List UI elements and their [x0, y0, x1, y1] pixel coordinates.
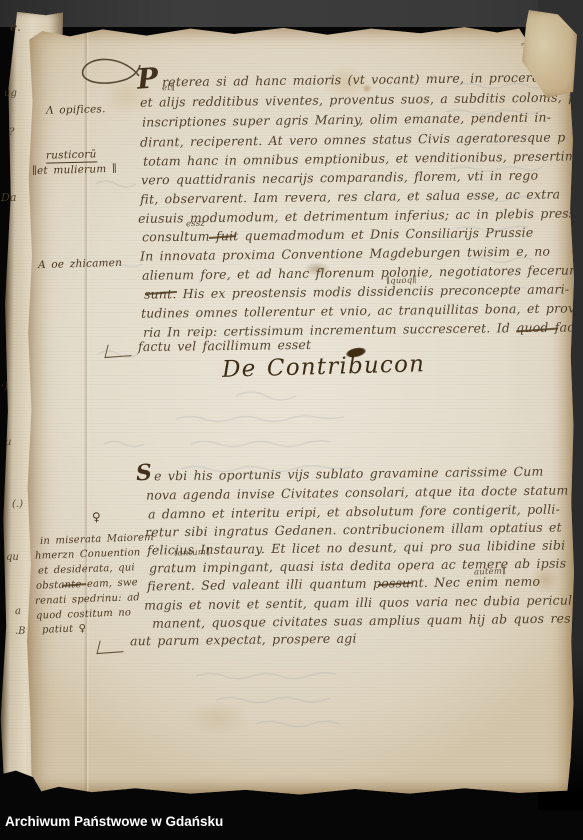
manuscript-line: tudines omnes tollerentur et vnio, ac tr…	[141, 300, 583, 320]
margin-note-ad-examen: A oe zhicamen	[38, 257, 122, 271]
insertion-bracket	[104, 343, 134, 358]
interlinear-insertion: ∥quoq∥	[386, 275, 417, 286]
manuscript-line: e vbi his oportunis vijs sublato gravami…	[154, 464, 544, 484]
margin-note-line: obstante eam, swe	[36, 577, 138, 592]
margin-reference-mark: ♀	[92, 510, 101, 524]
interlinear-insertion: autem∥	[474, 566, 507, 577]
manuscript-line: magis et novit et sentit, quam illi quos…	[144, 592, 580, 612]
interlinear-insertion: essz	[186, 219, 205, 230]
manuscript-line: alienum fore, et ad hanc florenum poloni…	[142, 262, 583, 282]
gutter-ink-fragment: qu	[6, 552, 19, 563]
manuscript-line: vero quattidranis necarijs comparandis, …	[141, 168, 538, 188]
gutter-ink-fragment: ?	[9, 127, 14, 138]
drop-initial: P	[136, 61, 160, 95]
margin-note-et-mulierum: ∥et mulierum ∥	[32, 163, 117, 177]
page-fold-crease	[84, 24, 89, 796]
archive-watermark: Archiwum Państwowe w Gdańsku	[5, 814, 223, 829]
manuscript-bracket-line: aut parum expectat, prospere agi	[130, 631, 357, 649]
interlinear-insertion: tantum∥	[174, 547, 211, 558]
manuscript-line: manent, quosque civitates suas amplius q…	[152, 610, 583, 630]
manuscript-line: et alijs redditibus viventes, proventus …	[140, 89, 583, 109]
margin-note-line: in miserata Maiorem	[40, 532, 154, 547]
insertion-bracket	[96, 639, 126, 654]
manuscript-line: In innovata proxima Conventione Magdebur…	[140, 243, 550, 263]
manuscript-line: retur sibi ingratus Gedanen. contribucio…	[145, 519, 562, 539]
manuscript-line: dirant, reciperent. At vero omnes status…	[140, 129, 566, 149]
manuscript-bracket-line: factu vel facillimum esset	[138, 337, 311, 354]
manuscript-line: sunt. His ex preostensis modis dissidenc…	[144, 281, 569, 301]
margin-note-line: et desiderata, qui	[38, 562, 135, 576]
margin-note-opifices: Λ opifices.	[46, 103, 106, 117]
manuscript-line: a damno et interitu eripi, et absolutum …	[148, 501, 560, 521]
initial-flourish	[83, 59, 140, 83]
manuscript-line: totam hanc in omnibus emptionibus, et ve…	[143, 148, 577, 168]
drop-initial: S	[135, 459, 153, 486]
margin-note-rusticorum: rusticorū	[46, 148, 97, 163]
margin-note-line: patiut ♀	[42, 623, 86, 636]
manuscript-line: fit, observarent. Iam revera, res clara,…	[140, 186, 560, 206]
gutter-ink-fragment: u	[5, 437, 11, 448]
interlinear-insertion: et∥	[162, 83, 175, 93]
gutter-ink-fragment: a	[15, 606, 21, 617]
manuscript-page: 7 Λ opifices. rusticorū ∥et mulierum ∥ A…	[26, 24, 574, 796]
gutter-ink-fragment: .B	[15, 626, 26, 637]
margin-note-line: quod costitum no	[36, 607, 132, 621]
archive-scan-viewport: { "colors": { "background": "#060606", "…	[0, 0, 583, 840]
gutter-ink-fragment: (.)	[12, 499, 23, 510]
gutter-ink-fragment: e.	[10, 20, 21, 34]
paper-stain	[186, 700, 250, 736]
section-heading: De Contribucon	[222, 351, 426, 383]
manuscript-line: nova agenda invise Civitates consolari, …	[146, 482, 569, 502]
scanner-background-top	[0, 0, 583, 27]
manuscript-line: reterea si ad hanc maioris (vt vocant) m…	[162, 70, 546, 90]
manuscript-line: inscriptiones super agris Mariny, olim e…	[142, 110, 551, 130]
margin-note-line: renati spedrinu: ad	[35, 592, 140, 607]
margin-note-line: hmerzn Conuention	[35, 547, 141, 562]
gutter-ink-fragment: ug	[4, 88, 17, 99]
gutter-ink-fragment: ·)	[1, 381, 8, 392]
gutter-ink-fragment: Da	[1, 191, 16, 204]
